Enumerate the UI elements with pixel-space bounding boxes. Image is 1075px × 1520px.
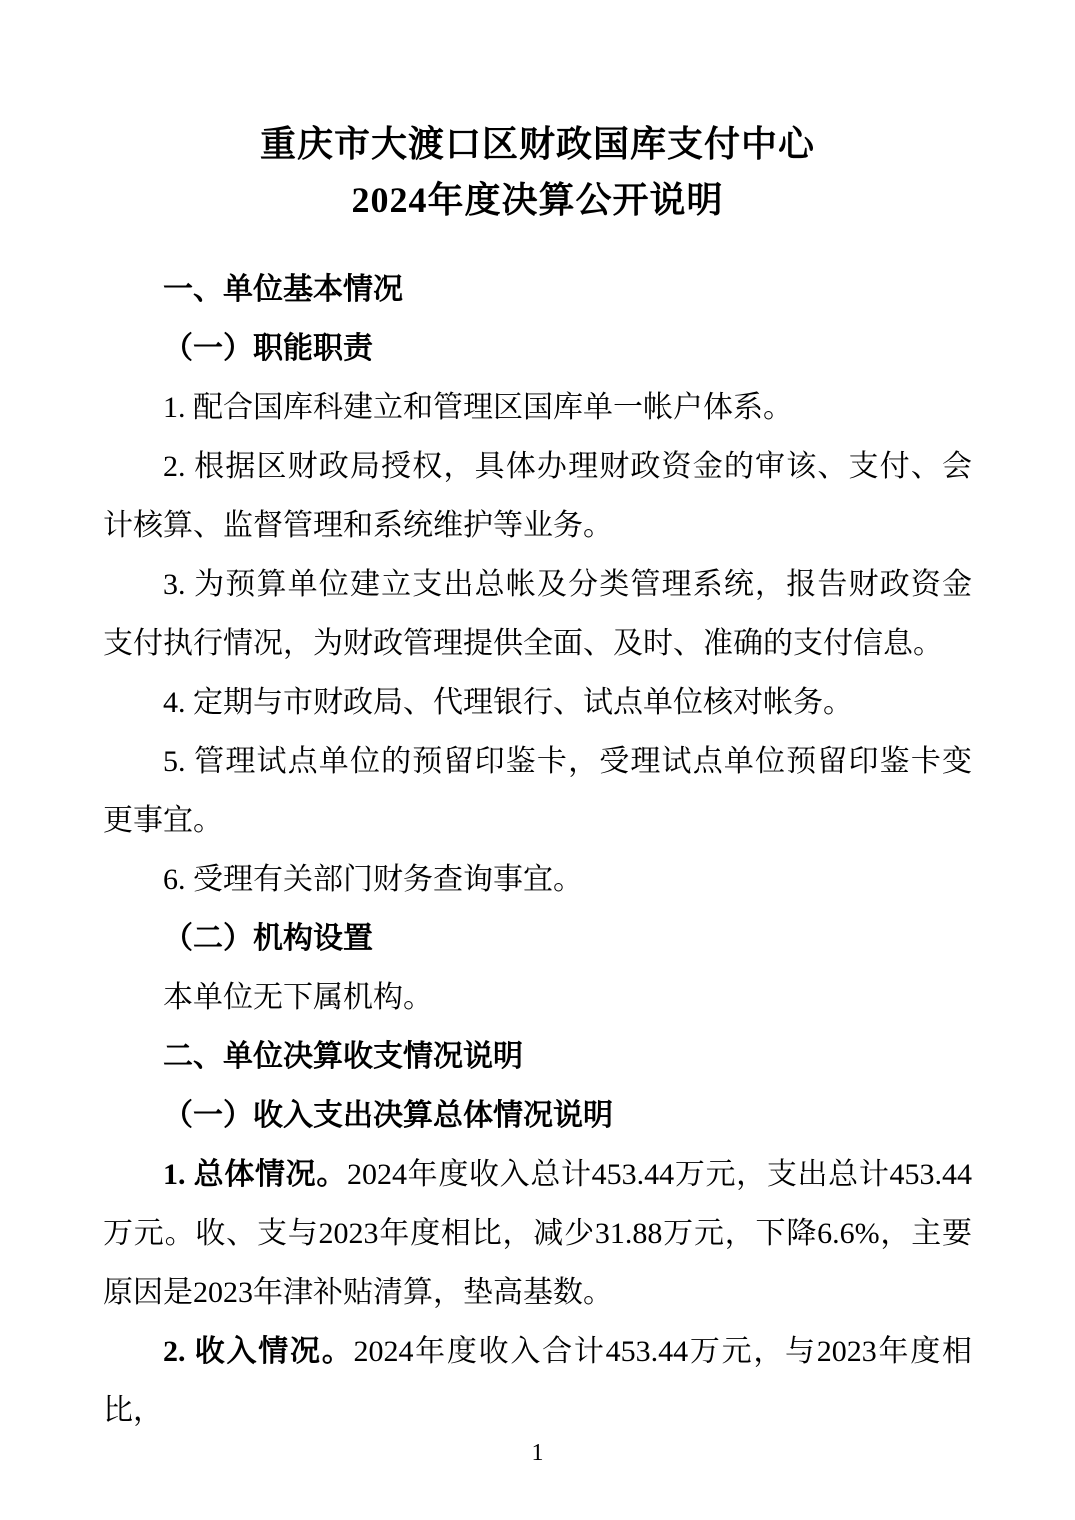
section1-sub1-heading: （一）职能职责 [103, 319, 972, 378]
duty-item-4: 4. 定期与市财政局、代理银行、试点单位核对帐务。 [103, 673, 972, 732]
duty-item-3: 3. 为预算单位建立支出总帐及分类管理系统，报告财政资金支付执行情况，为财政管理… [103, 555, 972, 673]
overall-situation-paragraph: 1. 总体情况。2024年度收入总计453.44万元，支出总计453.44万元。… [103, 1145, 972, 1322]
duty-item-6: 6. 受理有关部门财务查询事宜。 [103, 850, 972, 909]
section1-sub2-heading: （二）机构设置 [103, 909, 972, 968]
section1-heading: 一、单位基本情况 [103, 260, 972, 319]
income-situation-lead: 2. 收入情况。 [163, 1335, 353, 1368]
overall-situation-lead: 1. 总体情况。 [163, 1158, 347, 1191]
doc-title-line1: 重庆市大渡口区财政国库支付中心 [103, 116, 972, 172]
org-setup-paragraph: 本单位无下属机构。 [103, 968, 972, 1027]
duty-item-2: 2. 根据区财政局授权，具体办理财政资金的审该、支付、会计核算、监督管理和系统维… [103, 437, 972, 555]
duty-item-1: 1. 配合国库科建立和管理区国库单一帐户体系。 [103, 378, 972, 437]
income-situation-paragraph: 2. 收入情况。2024年度收入合计453.44万元，与2023年度相比， [103, 1322, 972, 1440]
duty-item-5: 5. 管理试点单位的预留印鉴卡，受理试点单位预留印鉴卡变更事宜。 [103, 732, 972, 850]
section2-heading: 二、单位决算收支情况说明 [103, 1027, 972, 1086]
doc-title-line2: 2024年度决算公开说明 [103, 172, 972, 228]
page-number: 1 [0, 1438, 1075, 1468]
document-page: 重庆市大渡口区财政国库支付中心 2024年度决算公开说明 一、单位基本情况 （一… [0, 0, 1075, 1520]
section2-sub1-heading: （一）收入支出决算总体情况说明 [103, 1086, 972, 1145]
